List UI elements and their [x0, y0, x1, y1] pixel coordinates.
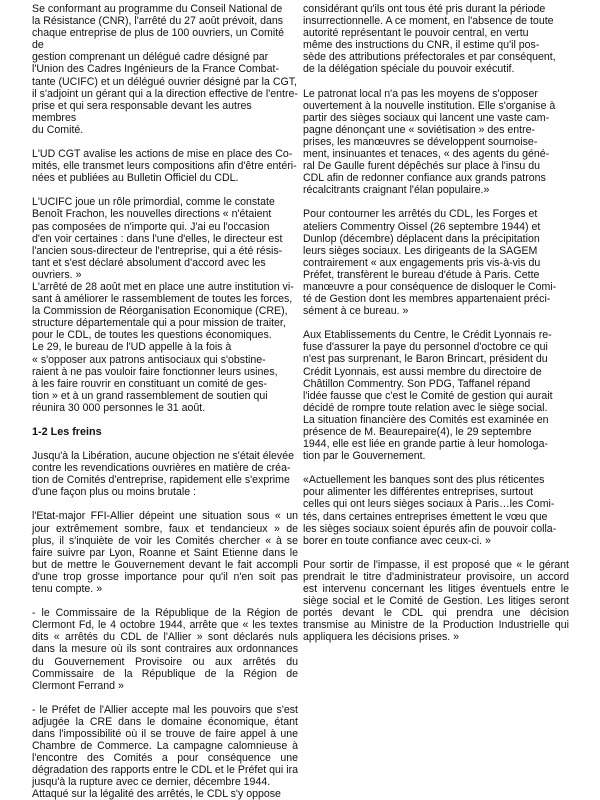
- paragraph-insurrectionnelle: considérant qu'ils ont tous été pris dur…: [303, 3, 569, 76]
- document-page: Se conformant au programme du Conseil Na…: [0, 0, 600, 800]
- paragraph-arrete-28-aout: L'arrêté de 28 août met en place une aut…: [32, 281, 298, 341]
- paragraph-etablissements-centre: Aux Etablissements du Centre, le Crédit …: [303, 329, 569, 462]
- paragraph-liberation: Jusqu'à la Libération, aucune objection …: [32, 450, 298, 498]
- paragraph-ud-cgt: L'UD CGT avalise les actions de mise en …: [32, 148, 298, 184]
- paragraph-attaque: Attaqué sur la légalité des arrêtés, le …: [32, 788, 298, 800]
- paragraph-prefet: - le Préfet de l'Allier accepte mal les …: [32, 704, 298, 789]
- left-column: Se conformant au programme du Conseil Na…: [32, 3, 298, 800]
- section-heading: 1-2 Les freins: [32, 426, 298, 438]
- paragraph-cnr-programme: Se conformant au programme du Conseil Na…: [32, 3, 298, 136]
- paragraph-banques-quote: «Actuellement les banques sont des plus …: [303, 474, 569, 547]
- right-column: considérant qu'ils ont tous été pris dur…: [303, 3, 569, 656]
- paragraph-contourner: Pour contourner les arrêtés du CDL, les …: [303, 208, 569, 317]
- paragraph-impasse: Pour sortir de l'impasse, il est proposé…: [303, 559, 569, 644]
- paragraph-patronat: Le patronat local n'a pas les moyens de …: [303, 88, 569, 197]
- paragraph-ucifc: L'UCIFC joue un rôle primordial, comme l…: [32, 196, 298, 281]
- paragraph-commissaire: - le Commissaire de la République de la …: [32, 607, 298, 692]
- paragraph-etat-major: l'Etat-major FFI-Allier dépeint une situ…: [32, 510, 298, 595]
- paragraph-bureau-ud: Le 29, le bureau de l'UD appelle à la fo…: [32, 341, 298, 414]
